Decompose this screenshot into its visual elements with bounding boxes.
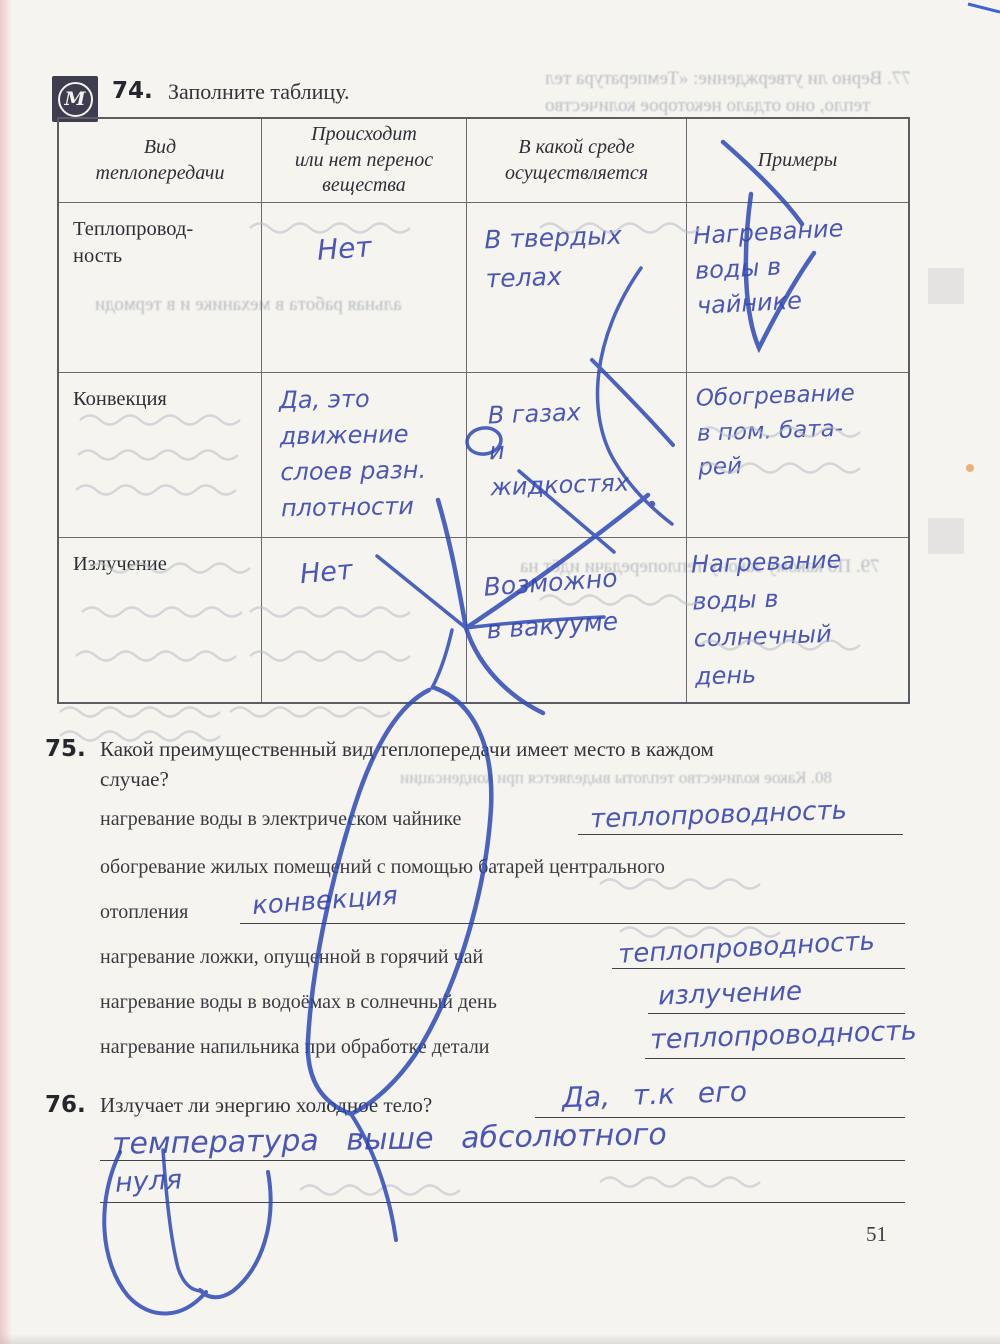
handwritten-answer: теплопроводность (617, 926, 875, 969)
table-header-type: Вид теплопередачи (59, 119, 262, 203)
handwritten-answer: Да, т.к его (561, 1075, 747, 1114)
table-cell: Нет (262, 203, 467, 373)
handwritten-answer: теплопроводность (590, 796, 848, 835)
task75-item-prompt: обогревание жилых помещений с помощью ба… (100, 856, 665, 879)
task75-question-line2: случае? (100, 767, 169, 792)
methodology-badge: М (52, 76, 98, 122)
table-row: Излучение (59, 538, 262, 702)
handwritten-answer: Нагревание воды в солнечный день (690, 541, 845, 695)
answer-line (578, 834, 903, 835)
handwritten-answer: Нагревание воды в чайнике (692, 211, 848, 323)
table-cell: Нагревание воды в чайнике (687, 203, 908, 373)
table-cell: Возможно в вакууме (467, 538, 687, 702)
handwritten-answer: Возможно в вакууме (482, 557, 622, 651)
row-type-label: Конвекция (59, 373, 261, 413)
heat-transfer-table: Вид теплопередачи Происходит или нет пер… (57, 117, 910, 704)
handwritten-answer: излучение (658, 976, 803, 1011)
answer-line (100, 1202, 905, 1203)
handwritten-answer: В твердых телах (484, 217, 624, 299)
table-cell: Нет (262, 538, 467, 702)
table-header-medium: В какой среде осуществляется (467, 119, 687, 203)
task75-question-line1: Какой преимущественный вид теплопередачи… (100, 737, 714, 762)
handwritten-answer: Обогревание в пом. бата- рей (695, 376, 857, 485)
table-cell: В твердых телах (467, 203, 687, 373)
handwritten-answer: Нет (298, 550, 354, 596)
answer-line (645, 1058, 905, 1059)
answer-line (648, 1013, 905, 1014)
table-row: Теплопровод- ность (59, 203, 262, 373)
answer-line (240, 923, 905, 924)
task75-number: 75. (45, 736, 86, 762)
handwritten-answer: температура выше абсолютного (112, 1117, 667, 1162)
table-row: Конвекция (59, 373, 262, 538)
bleedthrough-badge (928, 268, 964, 304)
row-type-label: Излучение (59, 538, 261, 578)
row-type-label: Теплопровод- ность (59, 203, 261, 269)
handwritten-answer: В газах и жидкостях (487, 393, 629, 506)
task76-number: 76. (45, 1092, 86, 1118)
workbook-page: 77. Верно ли утверждение: «Температура т… (0, 0, 1000, 1344)
table-cell: Нагревание воды в солнечный день (687, 538, 908, 702)
bleedthrough-line: тепло, оно отдало некоторое количество (545, 95, 870, 117)
bleedthrough-line: 77. Верно ли утверждение: «Температура т… (545, 68, 911, 90)
answer-line (612, 968, 905, 969)
task75-item-prompt: отопления (100, 901, 188, 924)
bleedthrough-badge (928, 518, 964, 554)
handwritten-answer: теплопроводность (650, 1015, 918, 1055)
answer-line (100, 1160, 905, 1161)
task75-item-prompt: нагревание ложки, опущенной в горячий ча… (100, 946, 483, 969)
scan-edge-bottom (0, 1334, 1000, 1344)
bleedthrough-line: 80. Какое количество теплоты выделяется … (400, 768, 832, 788)
scan-edge-left (0, 0, 12, 1344)
scanner-edge-line (968, 4, 1000, 12)
orange-speck (966, 464, 974, 472)
handwritten-answer: Да, это движение слоев разн. плотности (279, 380, 427, 527)
task75-item-prompt: нагревание воды в электрическом чайнике (100, 808, 461, 831)
task74-title: Заполните таблицу. (168, 79, 350, 105)
task75-item-prompt: нагревание напильника при обработке дета… (100, 1036, 490, 1059)
table-header-examples: Примеры (687, 119, 908, 203)
task74-number: 74. (112, 78, 153, 104)
page-number: 51 (866, 1222, 887, 1247)
handwritten-answer: Нет (316, 225, 373, 272)
table-cell: В газах и жидкостях (467, 373, 687, 538)
task76-question: Излучает ли энергию холодное тело? (100, 1093, 432, 1118)
task75-item-prompt: нагревание воды в водоёмах в солнечный д… (100, 991, 497, 1014)
table-header-transfer: Происходит или нет перенос вещества (262, 119, 467, 203)
handwritten-answer: нуля (114, 1164, 183, 1198)
table-cell: Обогревание в пом. бата- рей (687, 373, 908, 538)
handwritten-answer: конвекция (251, 881, 399, 921)
table-cell: Да, это движение слоев разн. плотности (262, 373, 467, 538)
m-circle-icon: М (58, 82, 93, 117)
